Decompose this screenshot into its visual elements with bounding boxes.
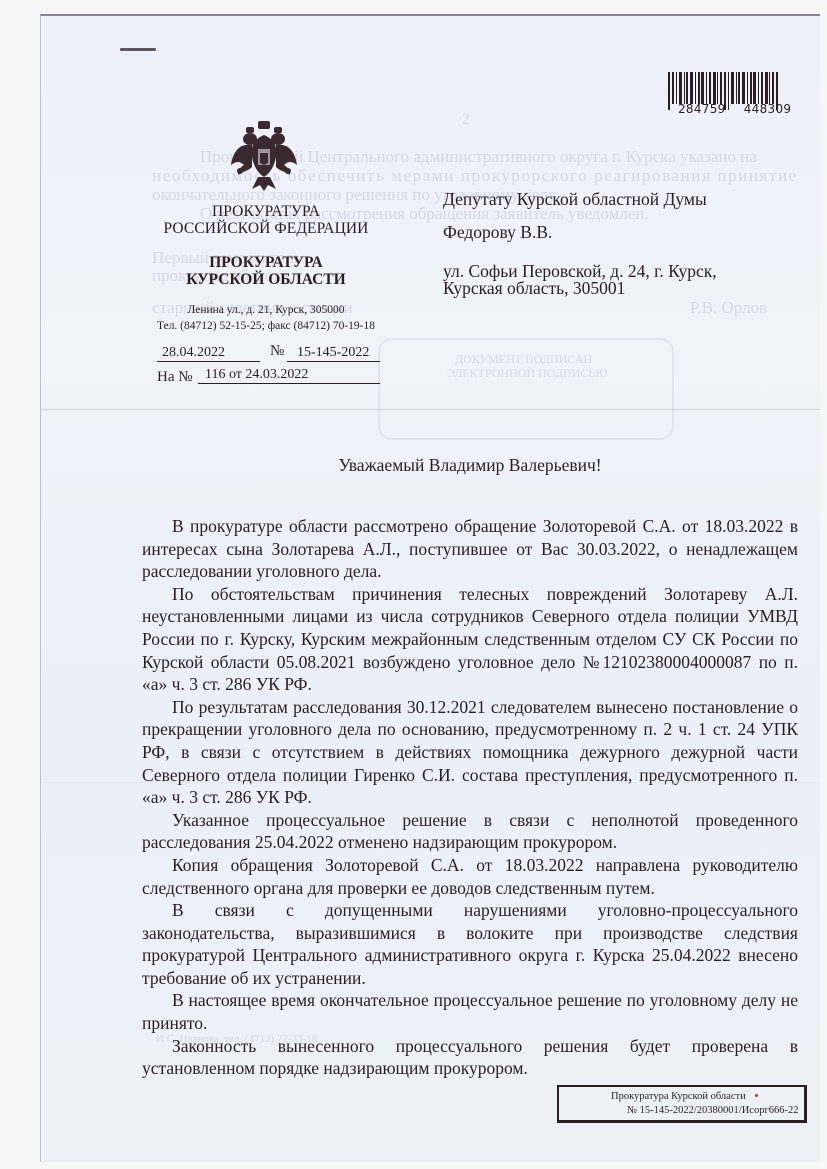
- body-paragraph: В связи с допущенными нарушениями уголов…: [142, 899, 798, 989]
- addressee-address-line2: Курская область, 305001: [443, 279, 625, 297]
- org-phones: Тел. (84712) 52-15-25; факс (84712) 70-1…: [148, 318, 384, 334]
- ghost-line: Р.В. Орлов: [690, 298, 767, 317]
- stamp-red-dot: [755, 1094, 758, 1097]
- barcode-number-left: 284759: [678, 102, 726, 116]
- body-paragraph: В настоящее время окончательное процессу…: [142, 989, 798, 1034]
- pen-mark: [120, 48, 156, 51]
- outgoing-date: 28.04.2022: [162, 345, 225, 361]
- barcode: 284759 448309: [668, 72, 818, 116]
- number-label: №: [270, 343, 284, 360]
- org-name-federal: ПРОКУРАТУРА РОССИЙСКОЙ ФЕДЕРАЦИИ: [148, 203, 384, 237]
- body-paragraph: Копия обращения Золоторевой С.А. от 18.0…: [142, 854, 798, 899]
- body-paragraph: Указанное процессуальное решение в связи…: [142, 809, 798, 854]
- date-underline: [157, 361, 260, 362]
- reply-underline: [198, 383, 380, 384]
- body-paragraph: По обстоятельствам причинения телесных п…: [142, 583, 798, 696]
- ghost-line: ЭЛЕКТРОННОЙ ПОДПИСЬЮ: [447, 364, 608, 383]
- stamp-number: № 15-145-2022/20380001/Исорг666-22: [627, 1104, 799, 1118]
- stamp-org: Прокуратура Курской области: [611, 1090, 746, 1104]
- letter-body: В прокуратуре области рассмотрено обраще…: [172, 515, 798, 1080]
- body-paragraph: По результатам расследования 30.12.2021 …: [142, 696, 798, 809]
- org-name-regional: ПРОКУРАТУРА КУРСКОЙ ОБЛАСТИ: [148, 254, 384, 288]
- reply-to-label: На №: [157, 369, 193, 386]
- addressee-name: Федорову В.В.: [443, 223, 552, 241]
- body-paragraph: Законность вынесенного процессуального р…: [142, 1035, 798, 1080]
- reply-to-reference: 116 от 24.03.2022: [205, 367, 308, 383]
- outgoing-number: 15-145-2022: [297, 345, 369, 361]
- body-paragraph: В прокуратуре области рассмотрено обраще…: [142, 515, 798, 583]
- addressee-title: Депутату Курской областной Думы: [443, 190, 707, 208]
- org-address: Ленина ул., д. 21, Курск, 305000: [148, 302, 384, 318]
- ghost-page-number: 2: [462, 110, 470, 129]
- barcode-bars: [668, 72, 808, 106]
- barcode-number-right: 448309: [744, 102, 792, 116]
- registration-stamp: Прокуратура Курской области № 15-145-202…: [557, 1085, 807, 1123]
- double-headed-eagle-icon: [230, 121, 298, 193]
- number-underline: [287, 361, 380, 362]
- org-contacts: Ленина ул., д. 21, Курск, 305000 Тел. (8…: [148, 302, 384, 334]
- salutation: Уважаемый Владимир Валерьевич!: [150, 455, 790, 476]
